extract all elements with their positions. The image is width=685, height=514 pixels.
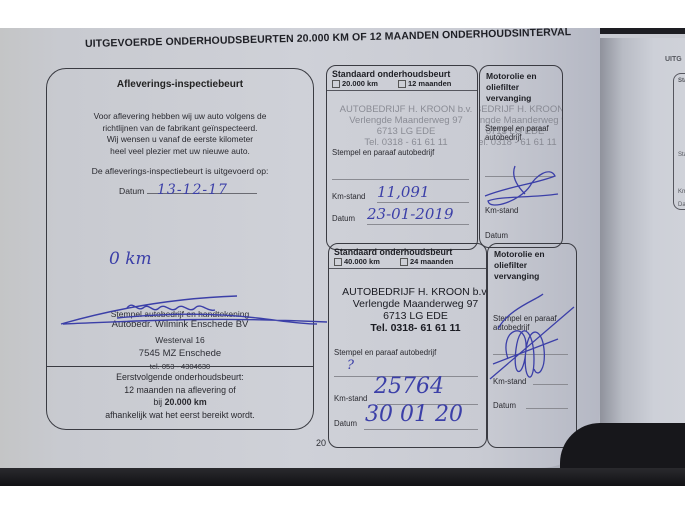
- checkbox-icon: [332, 80, 340, 88]
- km-label: Km-stand: [332, 192, 365, 201]
- next-page-card: Stand Stamp Km-s Datu: [673, 73, 685, 210]
- service-options: 20.000 km 12 maanden: [327, 79, 477, 91]
- performed-on-label: De afleverings-inspectiebeurt is uitgevo…: [47, 166, 313, 176]
- page-number: 20: [316, 438, 326, 448]
- handwritten-date: 30 01 20: [365, 402, 463, 427]
- handwritten-date: 13-12-17: [157, 182, 228, 198]
- handwritten-km: 25764: [374, 374, 444, 399]
- service-options: 40.000 km 24 maanden: [329, 257, 486, 269]
- next-service-info: Eerstvolgende onderhoudsbeurt: 12 maande…: [47, 371, 313, 421]
- page-shadow: [0, 468, 685, 486]
- stamp-label: Stempel en paraaf autobedrijf: [332, 148, 434, 157]
- booklet-page: UITGEVOERDE ONDERHOUDSBEURTEN 20.000 KM …: [0, 28, 600, 468]
- page-heading: UITGEVOERDE ONDERHOUDSBEURTEN 20.000 KM …: [85, 28, 572, 50]
- service-card-40000: Standaard onderhoudsbeurt 40.000 km 24 m…: [328, 243, 487, 448]
- oil-card-title: Motorolie en oliefilter vervanging: [488, 244, 576, 282]
- stamp-label: Stempel en paraaf autobedrijf: [334, 348, 436, 357]
- handwritten-mileage-note: 0 km: [109, 249, 152, 269]
- signature-scribble: [488, 289, 576, 389]
- booklet-photo: UITGEVOERDE ONDERHOUDSBEURTEN 20.000 KM …: [0, 28, 685, 486]
- handwritten-date: 23-01-2019: [367, 205, 453, 223]
- date-label: Datum: [485, 231, 508, 240]
- oil-card-title: Motorolie en oliefilter vervanging: [480, 66, 562, 104]
- checkbox-icon: [398, 80, 406, 88]
- stamp-label: Stempel en paraaf autobedrijf: [485, 124, 549, 142]
- signature-scribble: [480, 156, 562, 216]
- service-card-20000: Standaard onderhoudsbeurt 20.000 km 12 m…: [326, 65, 478, 250]
- delivery-inspection-text: Voor aflevering hebben wij uw auto volge…: [47, 111, 313, 157]
- km-label: Km-stand: [334, 394, 367, 403]
- dealer-stamp: AUTOBEDRIJF H. KROON b.v. Verlengde Maan…: [333, 286, 487, 334]
- letterbox-bar: [0, 486, 685, 514]
- handwritten-km: 11,091: [377, 183, 430, 201]
- service-card-title: Standaard onderhoudsbeurt: [327, 66, 477, 79]
- delivery-inspection-title: Afleverings-inspectiebeurt: [47, 79, 313, 90]
- next-page-partial: UITG Stand Stamp Km-s Datu Sta: [600, 38, 685, 478]
- handwritten-mark: ?: [347, 358, 354, 373]
- stamp-city: 7545 MZ Enschede: [47, 348, 313, 359]
- checkbox-icon: [400, 258, 408, 266]
- date-label: Datum: [334, 419, 357, 428]
- stamp-street: Westerval 16: [47, 335, 313, 345]
- section-divider: [47, 366, 313, 367]
- faded-dealer-stamp: AUTOBEDRIJF H. KROON b.v. Verlengde Maan…: [331, 104, 478, 148]
- delivery-inspection-box: Afleverings-inspectiebeurt Voor afleveri…: [46, 68, 314, 430]
- date-label: Datum: [332, 214, 355, 223]
- date-label: Datum: [119, 186, 144, 196]
- service-card-title: Standaard onderhoudsbeurt: [329, 244, 486, 257]
- checkbox-icon: [334, 258, 342, 266]
- oil-change-card-2: Motorolie en oliefilter vervanging Stemp…: [487, 243, 577, 448]
- oil-change-card-1: Motorolie en oliefilter vervanging AUTOB…: [479, 65, 563, 248]
- signature-scribble: [57, 294, 327, 334]
- date-label: Datum: [493, 401, 516, 410]
